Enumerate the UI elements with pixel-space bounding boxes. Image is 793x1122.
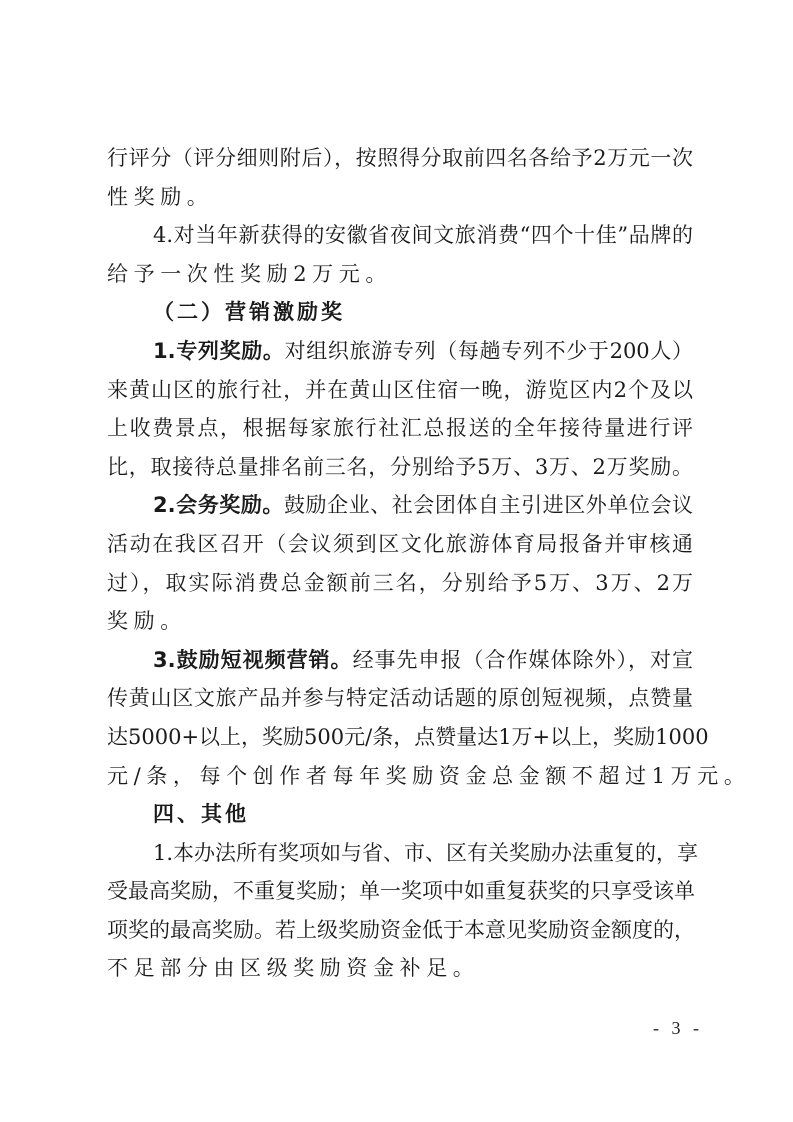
paragraph-line: 比，取接待总量排名前三名，分别给予5万、3万、2万奖励。 (107, 448, 693, 487)
paragraph-line: 项奖的最高奖励。若上级奖励资金低于本意见奖励资金额度的， (107, 911, 693, 950)
paragraph-line: 传黄山区文旅产品并参与特定活动话题的原创短视频，点赞量 (107, 679, 693, 718)
document-body: 行评分（评分细则附后），按照得分取前四名各给予2万元一次 性奖励。 4.对当年新… (107, 139, 693, 988)
paragraph-line: 1.本办法所有奖项如与省、市、区有关奖励办法重复的，享 (107, 834, 693, 873)
paragraph-line: 受最高奖励，不重复奖励；单一奖项中如重复获奖的只享受该单 (107, 872, 693, 911)
item-lead-title: 3.鼓励短视频营销。 (153, 648, 353, 672)
item-text: 对组织旅游专列（每趟专列不少于200人） (285, 339, 693, 363)
paragraph-line: 元/条，每个创作者每年奖励资金总金额不超过1万元。 (107, 757, 693, 796)
paragraph-line: 奖励。 (107, 602, 693, 641)
item-text: 经事先申报（合作媒体除外），对宣 (353, 648, 693, 672)
paragraph-line: 1.专列奖励。对组织旅游专列（每趟专列不少于200人） (107, 332, 693, 371)
paragraph-line: 活动在我区召开（会议须到区文化旅游体育局报备并审核通 (107, 525, 693, 564)
paragraph-line: 来黄山区的旅行社，并在黄山区住宿一晚，游览区内2个及以 (107, 371, 693, 410)
paragraph-line: 2.会务奖励。鼓励企业、社会团体自主引进区外单位会议 (107, 486, 693, 525)
paragraph-line: 3.鼓励短视频营销。经事先申报（合作媒体除外），对宣 (107, 641, 693, 680)
paragraph-line: 达5000+以上，奖励500元/条，点赞量达1万+以上，奖励1000 (107, 718, 693, 757)
item-lead-title: 2.会务奖励。 (153, 493, 284, 517)
paragraph-line: 过），取实际消费总金额前三名，分别给予5万、3万、2万 (107, 564, 693, 603)
document-page: 行评分（评分细则附后），按照得分取前四名各给予2万元一次 性奖励。 4.对当年新… (0, 0, 793, 1122)
paragraph-line: 4.对当年新获得的安徽省夜间文旅消费“四个十佳”品牌的 (107, 216, 693, 255)
section-heading-marketing: （二）营销激励奖 (107, 293, 693, 332)
item-text: 鼓励企业、社会团体自主引进区外单位会议 (284, 493, 693, 517)
paragraph-line: 性奖励。 (107, 178, 693, 217)
paragraph-line: 不足部分由区级奖励资金补足。 (107, 949, 693, 988)
paragraph-line: 上收费景点，根据每家旅行社汇总报送的全年接待量进行评 (107, 409, 693, 448)
paragraph-line: 行评分（评分细则附后），按照得分取前四名各给予2万元一次 (107, 139, 693, 178)
item-lead-title: 1.专列奖励。 (153, 339, 285, 363)
section-heading-other: 四、其他 (107, 795, 693, 834)
page-number: - 3 - (648, 1018, 708, 1039)
paragraph-line: 给予一次性奖励2万元。 (107, 255, 693, 294)
